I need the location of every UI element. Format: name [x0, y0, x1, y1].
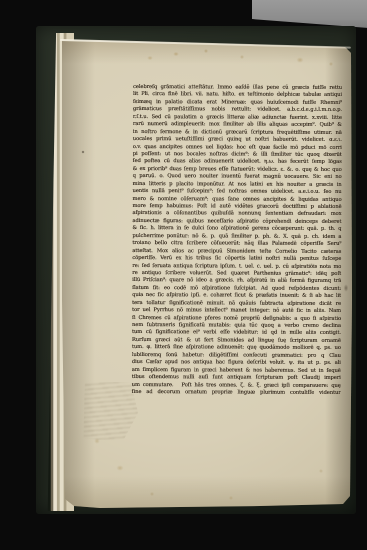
photo-scene: celebreſq grāmatici atteſtātur. Immo eaſ…: [0, 0, 367, 550]
page-text-block: celebreſq grāmatici atteſtātur. Immo eaſ…: [132, 84, 342, 397]
text-line: ſine ad decorum ornatum propriæ linguæ p…: [132, 389, 341, 397]
